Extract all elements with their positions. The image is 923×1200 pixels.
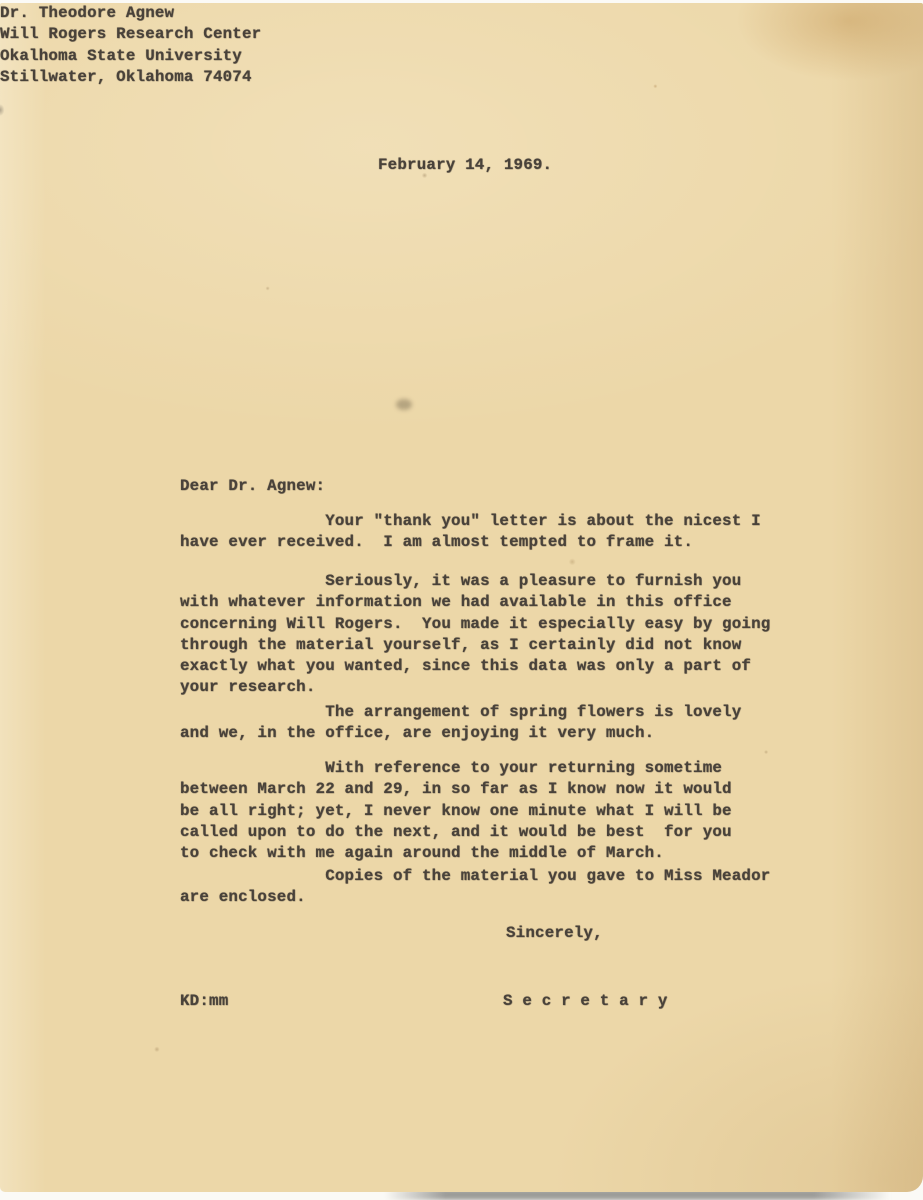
recipient-organization: Will Rogers Research Center — [0, 24, 923, 45]
paragraph-5: Copies of the material you gave to Miss … — [180, 866, 770, 909]
closing-sincerely: Sincerely, — [506, 923, 603, 944]
letter-paper: February 14, 1969. Dr. Theodore Agnew Wi… — [0, 3, 923, 1192]
paragraph-2: Seriously, it was a pleasure to furnish … — [180, 571, 770, 699]
typist-initials: KD:mm — [180, 991, 228, 1012]
scanned-letter: February 14, 1969. Dr. Theodore Agnew Wi… — [0, 0, 923, 1200]
paragraph-1: Your "thank you" letter is about the nic… — [180, 511, 761, 554]
paragraph-3: The arrangement of spring flowers is lov… — [180, 702, 741, 745]
ink-smudge — [396, 399, 412, 410]
paragraph-4: With reference to your returning sometim… — [180, 758, 732, 864]
recipient-address-block: Dr. Theodore Agnew Will Rogers Research … — [0, 3, 923, 88]
recipient-name: Dr. Theodore Agnew — [0, 3, 923, 24]
signature-title: S e c r e t a r y — [503, 991, 668, 1012]
recipient-institution: Okalhoma State University — [0, 46, 923, 67]
recipient-city-line: Stillwater, Oklahoma 74074 — [0, 67, 923, 88]
salutation: Dear Dr. Agnew: — [180, 476, 325, 497]
letter-date: February 14, 1969. — [378, 155, 552, 176]
